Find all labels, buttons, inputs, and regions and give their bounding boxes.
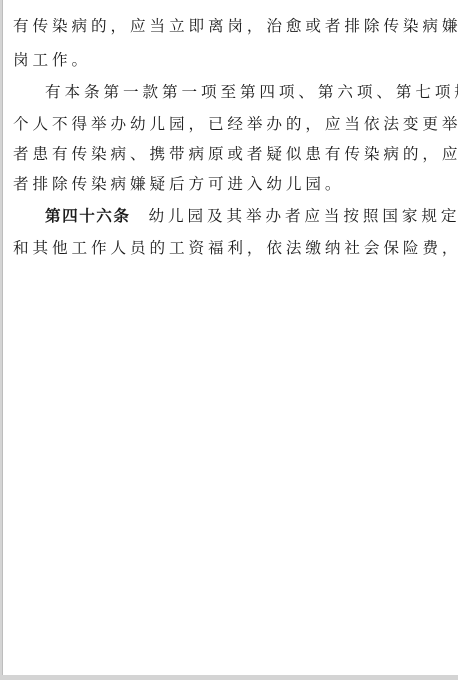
text-line: 岗工作。 — [13, 48, 453, 72]
text-line: 个人不得举办幼儿园，已经举办的，应当依法变更举办者；举办 — [13, 112, 453, 136]
text-line: 者排除传染病嫌疑后方可进入幼儿园。 — [13, 172, 453, 196]
article-heading-46: 第四十六条 — [45, 206, 130, 225]
text-line: 者患有传染病、携带病原或者疑似患有传染病的，应当在治愈或 — [13, 142, 453, 166]
text-line — [13, 240, 453, 264]
document-page: 有传染病的，应当立即离岗，治愈或者排除传染病嫌疑后方可返 岗工作。 有本条第一款… — [2, 0, 458, 675]
text-line: 有传染病的，应当立即离岗，治愈或者排除传染病嫌疑后方可返 — [13, 14, 453, 38]
article-46-first-line: 第四十六条幼儿园及其举办者应当按照国家规定保障教师 — [45, 204, 453, 228]
text-line: 有本条第一款第一项至第四项、第六项、第七项规定情形的 — [45, 80, 453, 104]
text-span: 幼儿园及其举办者应当按照国家规定保障教师 — [148, 207, 458, 225]
